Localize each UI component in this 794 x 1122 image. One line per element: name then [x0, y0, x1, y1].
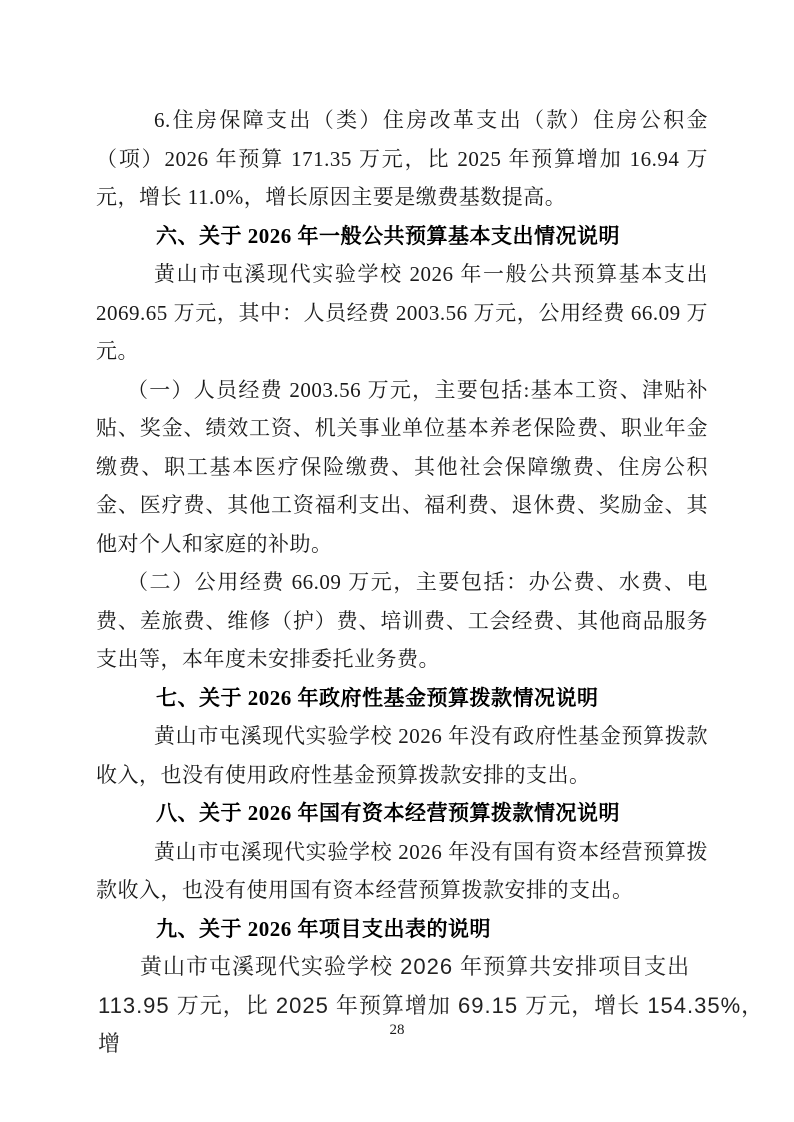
paragraph-basic-expense-overview: 黄山市屯溪现代实验学校 2026 年一般公共预算基本支出 2069.65 万元，… — [96, 255, 708, 371]
heading-section-7-government-fund-budget: 七、关于 2026 年政府性基金预算拨款情况说明 — [96, 679, 708, 718]
paragraph-state-capital-budget: 黄山市屯溪现代实验学校 2026 年没有国有资本经营预算拨款收入，也没有使用国有… — [96, 833, 708, 910]
document-body: 6.住房保障支出（类）住房改革支出（款）住房公积金（项）2026 年预算 171… — [96, 101, 708, 1064]
paragraph-public-funds: （二）公用经费 66.09 万元，主要包括：办公费、水费、电费、差旅费、维修（护… — [96, 563, 708, 679]
page-number: 28 — [0, 1022, 794, 1039]
paragraph-project-expense: 黄山市屯溪现代实验学校 2026 年预算共安排项目支出 113.95 万元，比 … — [98, 948, 766, 1064]
a4-document-page: 6.住房保障支出（类）住房改革支出（款）住房公积金（项）2026 年预算 171… — [0, 0, 794, 1122]
heading-section-9-project-expense-table: 九、关于 2026 年项目支出表的说明 — [96, 910, 708, 949]
paragraph-government-fund-budget: 黄山市屯溪现代实验学校 2026 年没有政府性基金预算拨款收入，也没有使用政府性… — [96, 717, 708, 794]
paragraph-housing-security-expense: 6.住房保障支出（类）住房改革支出（款）住房公积金（项）2026 年预算 171… — [96, 101, 708, 217]
heading-section-8-state-capital-budget: 八、关于 2026 年国有资本经营预算拨款情况说明 — [96, 794, 708, 833]
paragraph-personnel-funds: （一）人员经费 2003.56 万元，主要包括:基本工资、津贴补贴、奖金、绩效工… — [96, 371, 708, 564]
heading-section-6-basic-expense: 六、关于 2026 年一般公共预算基本支出情况说明 — [96, 217, 708, 256]
